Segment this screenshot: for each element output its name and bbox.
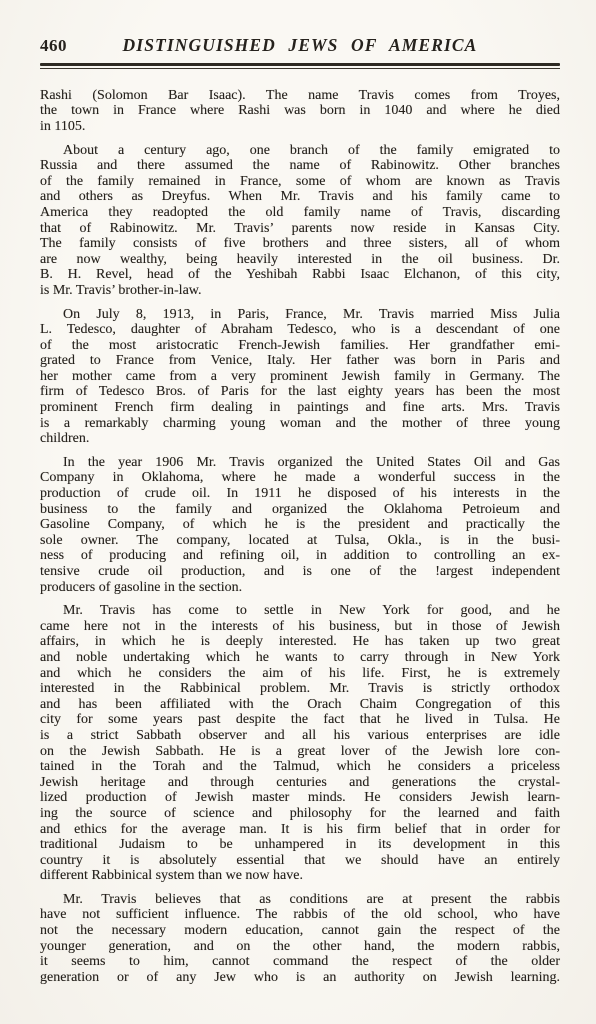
text-line: production of crude oil. In 1911 he disp… bbox=[40, 486, 560, 502]
text-line: generation or of any Jew who is an autho… bbox=[40, 970, 560, 986]
text-line: country it is absolutely essential that … bbox=[40, 853, 560, 869]
text-line: firm of Tedesco Bros. of Paris for the l… bbox=[40, 384, 560, 400]
page-body: Rashi (Solomon Bar Isaac). The name Trav… bbox=[40, 88, 560, 986]
text-line: is a remarkably charming young woman and… bbox=[40, 416, 560, 432]
text-line: younger generation, and on the other han… bbox=[40, 939, 560, 955]
text-line: it seems to him, cannot command the resp… bbox=[40, 954, 560, 970]
text-line: and others as Dreyfus. When Mr. Travis a… bbox=[40, 189, 560, 205]
paragraph: Mr. Travis has come to settle in New Yor… bbox=[40, 603, 560, 884]
text-line: Russia and there assumed the name of Rab… bbox=[40, 158, 560, 174]
text-line: and has been affiliated with the Orach C… bbox=[40, 697, 560, 713]
text-line: Gasoline Company, of which he is the pre… bbox=[40, 517, 560, 533]
text-line: are now wealthy, being heavily intereste… bbox=[40, 252, 560, 268]
text-line: interested in the Rabbinical problem. Mr… bbox=[40, 681, 560, 697]
book-page: 460 DISTINGUISHED JEWS OF AMERICA Rashi … bbox=[0, 0, 596, 1024]
paragraph: About a century ago, one branch of the f… bbox=[40, 143, 560, 299]
text-line: have not sufficient influence. The rabbi… bbox=[40, 907, 560, 923]
text-line: different Rabbinical system than we now … bbox=[40, 868, 560, 884]
text-line: is Mr. Travis’ brother-in-law. bbox=[40, 283, 560, 299]
text-line: affairs, in which he is deeply intereste… bbox=[40, 634, 560, 650]
paragraph: Mr. Travis believes that as conditions a… bbox=[40, 892, 560, 986]
text-line: The family consists of five brothers and… bbox=[40, 236, 560, 252]
text-line: tensive crude oil production, and is one… bbox=[40, 564, 560, 580]
text-line: not the necessary modern education, cann… bbox=[40, 923, 560, 939]
text-line: America they readopted the old family na… bbox=[40, 205, 560, 221]
text-line: Jewish heritage and through centuries an… bbox=[40, 775, 560, 791]
text-line: that of Rabinowitz. Mr. Travis’ parents … bbox=[40, 221, 560, 237]
text-line: Rashi (Solomon Bar Isaac). The name Trav… bbox=[40, 88, 560, 104]
header-rule-thin bbox=[40, 68, 560, 69]
running-title: DISTINGUISHED JEWS OF AMERICA bbox=[40, 34, 560, 57]
text-line: of the most aristocratic French-Jewish f… bbox=[40, 338, 560, 354]
text-line: lized production of Jewish master minds.… bbox=[40, 790, 560, 806]
text-line: sole owner. The company, located at Tuls… bbox=[40, 533, 560, 549]
text-line: business to the family and organized the… bbox=[40, 502, 560, 518]
text-line: her mother came from a very prominent Je… bbox=[40, 369, 560, 385]
paragraph: On July 8, 1913, in Paris, France, Mr. T… bbox=[40, 307, 560, 447]
text-line: About a century ago, one branch of the f… bbox=[40, 143, 560, 159]
text-line: is a strict Sabbath observer and all his… bbox=[40, 728, 560, 744]
text-line: B. H. Revel, head of the Yeshibah Rabbi … bbox=[40, 267, 560, 283]
text-line: L. Tedesco, daughter of Abraham Tedesco,… bbox=[40, 322, 560, 338]
paragraph: Rashi (Solomon Bar Isaac). The name Trav… bbox=[40, 88, 560, 135]
header-rule-thick bbox=[40, 63, 560, 66]
page-number: 460 bbox=[40, 34, 67, 57]
text-line: producers of gasoline in the section. bbox=[40, 580, 560, 596]
text-line: Mr. Travis believes that as conditions a… bbox=[40, 892, 560, 908]
text-line: city for some years past despite the fac… bbox=[40, 712, 560, 728]
paragraph: In the year 1906 Mr. Travis organized th… bbox=[40, 455, 560, 595]
text-line: of the family remained in France, some o… bbox=[40, 174, 560, 190]
text-line: Company in Oklahoma, where he made a won… bbox=[40, 470, 560, 486]
text-line: and noble undertaking which he wants to … bbox=[40, 650, 560, 666]
text-line: and which he considers the aim of his li… bbox=[40, 666, 560, 682]
text-line: came here not in the interests of his bu… bbox=[40, 619, 560, 635]
text-line: children. bbox=[40, 431, 560, 447]
text-line: On July 8, 1913, in Paris, France, Mr. T… bbox=[40, 307, 560, 323]
header-double-rule bbox=[40, 63, 560, 69]
text-line: traditional Judaism to be unhampered in … bbox=[40, 837, 560, 853]
text-line: and ethics for the average man. It is hi… bbox=[40, 822, 560, 838]
text-line: prominent French firm dealing in paintin… bbox=[40, 400, 560, 416]
text-line: tained in the Torah and the Talmud, whic… bbox=[40, 759, 560, 775]
text-line: the town in France where Rashi was born … bbox=[40, 103, 560, 119]
text-line: In the year 1906 Mr. Travis organized th… bbox=[40, 455, 560, 471]
text-line: on the Jewish Sabbath. He is a great lov… bbox=[40, 744, 560, 760]
text-line: grated to France from Venice, Italy. Her… bbox=[40, 353, 560, 369]
text-line: ing the source of science and philosophy… bbox=[40, 806, 560, 822]
text-line: ness of producing and refining oil, in a… bbox=[40, 548, 560, 564]
text-line: in 1105. bbox=[40, 119, 560, 135]
running-header: 460 DISTINGUISHED JEWS OF AMERICA bbox=[40, 34, 560, 57]
text-line: Mr. Travis has come to settle in New Yor… bbox=[40, 603, 560, 619]
